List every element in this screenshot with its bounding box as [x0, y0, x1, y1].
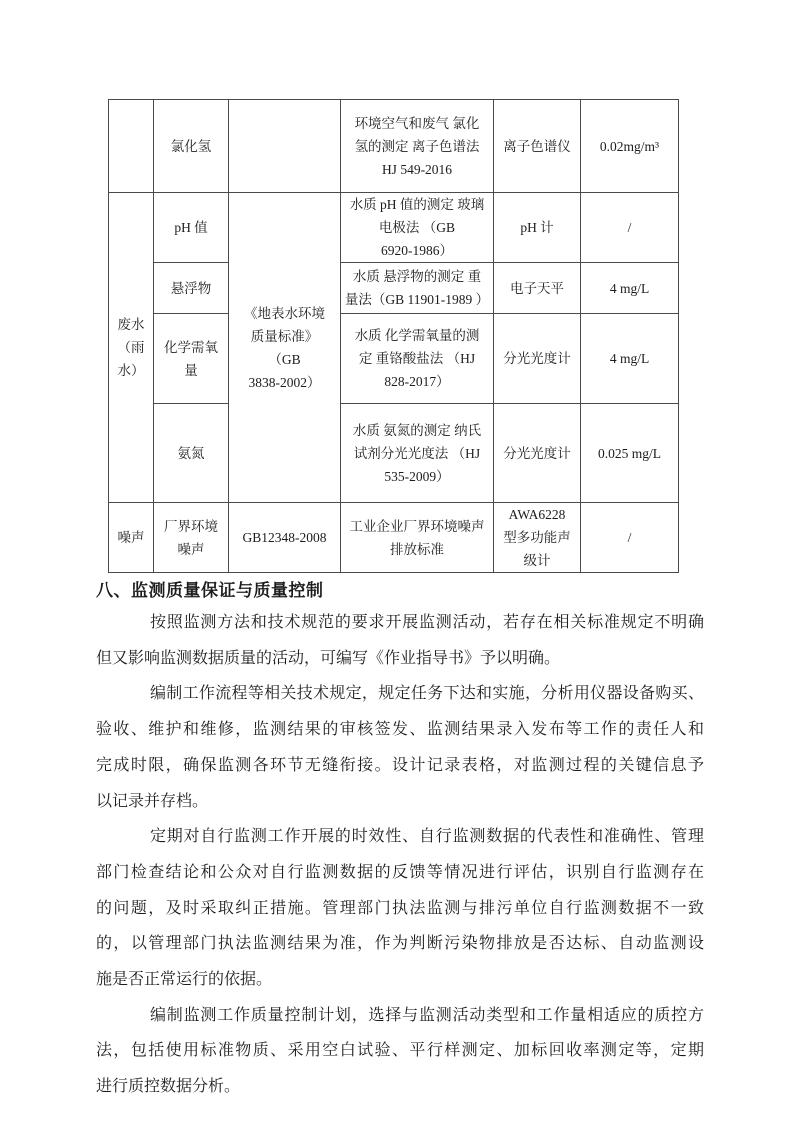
paragraph-line: 编制工作流程等相关技术规定，规定任务下达和实施，分析用仪器设备购买、 [96, 676, 704, 712]
cell-limit-cod: 4 mg/L [581, 314, 679, 404]
cell-limit-hcl: 0.02mg/m³ [581, 100, 679, 193]
paragraph-line: 施是否正常运行的依据。 [96, 962, 704, 998]
paragraph-line: 编制监测工作质量控制计划，选择与监测活动类型和工作量相适应的质控方 [96, 998, 704, 1034]
cell-instrument-nh3n: 分光光度计 [494, 404, 581, 503]
paragraph-line: 的，以管理部门执法监测结果为准，作为判断污染物排放是否达标、自动监测设 [96, 926, 704, 962]
paragraph-line: 完成时限，确保监测各环节无缝衔接。设计记录表格，对监测过程的关键信息予 [96, 748, 704, 784]
cell-item-nh3n: 氨氮 [154, 404, 229, 503]
paragraph-line: 进行质控数据分析。 [96, 1069, 704, 1105]
cell-method-noise: 工业企业厂界环境噪声 排放标准 [341, 503, 494, 573]
cell-standard-noise: GB12348-2008 [229, 503, 341, 573]
table-row-cod: 化学需氧 量 水质 化学需氧量的测 定 重铬酸盐法 （HJ 828-2017） … [109, 314, 679, 404]
table-row-ph: 废水 （雨 水） pH 值 《地表水环境 质量标准》 （GB 3838-2002… [109, 193, 679, 263]
cell-method-ph: 水质 pH 值的测定 玻璃 电极法 （GB 6920-1986） [341, 193, 494, 263]
cell-limit-nh3n: 0.025 mg/L [581, 404, 679, 503]
section-body: 按照监测方法和技术规范的要求开展监测活动，若存在相关标准规定不明确 但又影响监测… [96, 605, 704, 1105]
paragraph-line: 以记录并存档。 [96, 784, 704, 820]
cell-limit-ss: 4 mg/L [581, 263, 679, 314]
table-row-hcl: 氯化氢 环境空气和废气 氯化 氢的测定 离子色谱法 HJ 549-2016 离子… [109, 100, 679, 193]
table-row-nh3n: 氨氮 水质 氨氮的测定 纳氏 试剂分光光度法 （HJ 535-2009） 分光光… [109, 404, 679, 503]
cell-method-ss: 水质 悬浮物的测定 重 量法（GB 11901-1989 ） [341, 263, 494, 314]
cell-instrument-ss: 电子天平 [494, 263, 581, 314]
cell-item-hcl: 氯化氢 [154, 100, 229, 193]
cell-method-cod: 水质 化学需氧量的测 定 重铬酸盐法 （HJ 828-2017） [341, 314, 494, 404]
paragraph-line: 按照监测方法和技术规范的要求开展监测活动，若存在相关标准规定不明确 [96, 605, 704, 641]
cell-method-nh3n: 水质 氨氮的测定 纳氏 试剂分光光度法 （HJ 535-2009） [341, 404, 494, 503]
cell-standard-continued [229, 100, 341, 193]
cell-item-ph: pH 值 [154, 193, 229, 263]
cell-item-cod: 化学需氧 量 [154, 314, 229, 404]
cell-instrument-hcl: 离子色谱仪 [494, 100, 581, 193]
table-row-ss: 悬浮物 水质 悬浮物的测定 重 量法（GB 11901-1989 ） 电子天平 … [109, 263, 679, 314]
paragraph-line: 但又影响监测数据质量的活动，可编写《作业指导书》予以明确。 [96, 641, 704, 677]
cell-method-hcl: 环境空气和废气 氯化 氢的测定 离子色谱法 HJ 549-2016 [341, 100, 494, 193]
cell-instrument-noise: AWA6228 型多功能声 级计 [494, 503, 581, 573]
cell-category-continued [109, 100, 154, 193]
section-heading: 八、监测质量保证与质量控制 [96, 580, 704, 602]
paragraph-line: 验收、维护和维修，监测结果的审核签发、监测结果录入发布等工作的责任人和 [96, 712, 704, 748]
monitoring-table: 氯化氢 环境空气和废气 氯化 氢的测定 离子色谱法 HJ 549-2016 离子… [108, 99, 679, 573]
paragraph-line: 法，包括使用标准物质、采用空白试验、平行样测定、加标回收率测定等，定期 [96, 1033, 704, 1069]
cell-limit-ph: / [581, 193, 679, 263]
cell-instrument-ph: pH 计 [494, 193, 581, 263]
cell-category-wastewater: 废水 （雨 水） [109, 193, 154, 503]
cell-category-noise: 噪声 [109, 503, 154, 573]
document-page: 氯化氢 环境空气和废气 氯化 氢的测定 离子色谱法 HJ 549-2016 离子… [0, 0, 800, 1131]
cell-item-noise: 厂界环境 噪声 [154, 503, 229, 573]
paragraph-line: 部门检查结论和公众对自行监测数据的反馈等情况进行评估，识别自行监测存在 [96, 855, 704, 891]
cell-item-ss: 悬浮物 [154, 263, 229, 314]
cell-instrument-cod: 分光光度计 [494, 314, 581, 404]
cell-limit-noise: / [581, 503, 679, 573]
paragraph-line: 的问题，及时采取纠正措施。管理部门执法监测与排污单位自行监测数据不一致 [96, 891, 704, 927]
table-row-noise: 噪声 厂界环境 噪声 GB12348-2008 工业企业厂界环境噪声 排放标准 … [109, 503, 679, 573]
paragraph-line: 定期对自行监测工作开展的时效性、自行监测数据的代表性和准确性、管理 [96, 819, 704, 855]
cell-standard-surface-water: 《地表水环境 质量标准》 （GB 3838-2002） [229, 193, 341, 503]
